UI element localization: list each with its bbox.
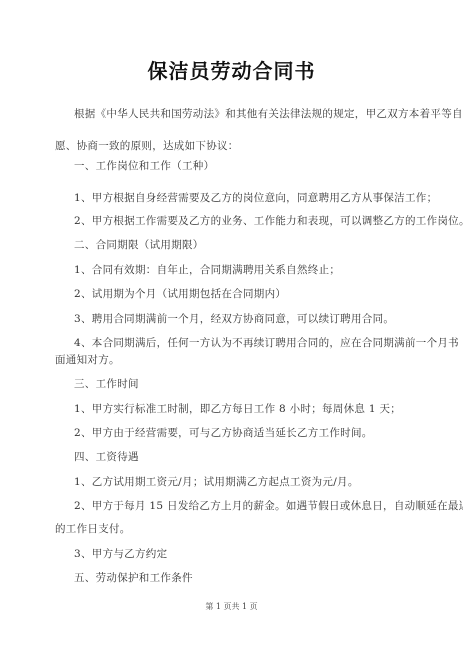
paragraph-line: 三、工作时间 — [74, 376, 139, 391]
paragraph-line: 根据《中华人民共和国劳动法》和其他有关法律法规的规定，甲乙双方本着平等自 — [74, 106, 463, 121]
paragraph-line: 二、合同期限（试用期限） — [74, 237, 204, 252]
document-title: 保洁员劳动合同书 — [0, 55, 463, 84]
paragraph-line: 愿、协商一致的原则，达成如下协议： — [55, 138, 239, 153]
paragraph-line: 3、甲方与乙方约定 — [74, 546, 167, 561]
paragraph-line: 2、甲方于每月 15 日发给乙方上月的薪金。如遇节假日或休息日，自动顺延在最近 — [74, 498, 463, 513]
paragraph-line: 四、工资待遇 — [74, 449, 139, 464]
paragraph-line: 面通知对方。 — [55, 352, 120, 367]
paragraph-line: 1、合同有效期：自年止，合同期满聘用关系自然终止； — [74, 262, 340, 277]
paragraph-line: 3、聘用合同期满前一个月，经双方协商同意，可以续订聘用合同。 — [74, 311, 394, 326]
paragraph-line: 2、试用期为个月（试用期包括在合同期内） — [74, 286, 286, 301]
paragraph-line: 1、甲方根据自身经营需要及乙方的岗位意向，同意聘用乙方从事保洁工作； — [74, 190, 437, 205]
paragraph-line: 一、工作岗位和工作（工种） — [74, 158, 214, 173]
paragraph-line: 五、劳动保护和工作条件 — [74, 570, 193, 585]
paragraph-line: 1、甲方实行标准工时制，即乙方每日工作 8 小时；每周休息 1 天； — [74, 401, 401, 416]
paragraph-line: 1、乙方试用期工资元/月；试用期满乙方起点工资为元/月。 — [74, 474, 359, 489]
paragraph-line: 2、甲方根据工作需要及乙方的业务、工作能力和表现，可以调整乙方的工作岗位。 — [74, 213, 463, 228]
paragraph-line: 2、甲方由于经营需要，可与乙方协商适当延长乙方工作时间。 — [74, 425, 373, 440]
document-page: 保洁员劳动合同书 根据《中华人民共和国劳动法》和其他有关法律法规的规定，甲乙双方… — [0, 0, 463, 655]
paragraph-line: 4、本合同期满后，任何一方认为不再续订聘用合同的，应在合同期满前一个月书 — [74, 335, 459, 350]
page-footer: 第 1 页共 1 页 — [0, 601, 463, 612]
paragraph-line: 的工作日支付。 — [55, 521, 131, 536]
